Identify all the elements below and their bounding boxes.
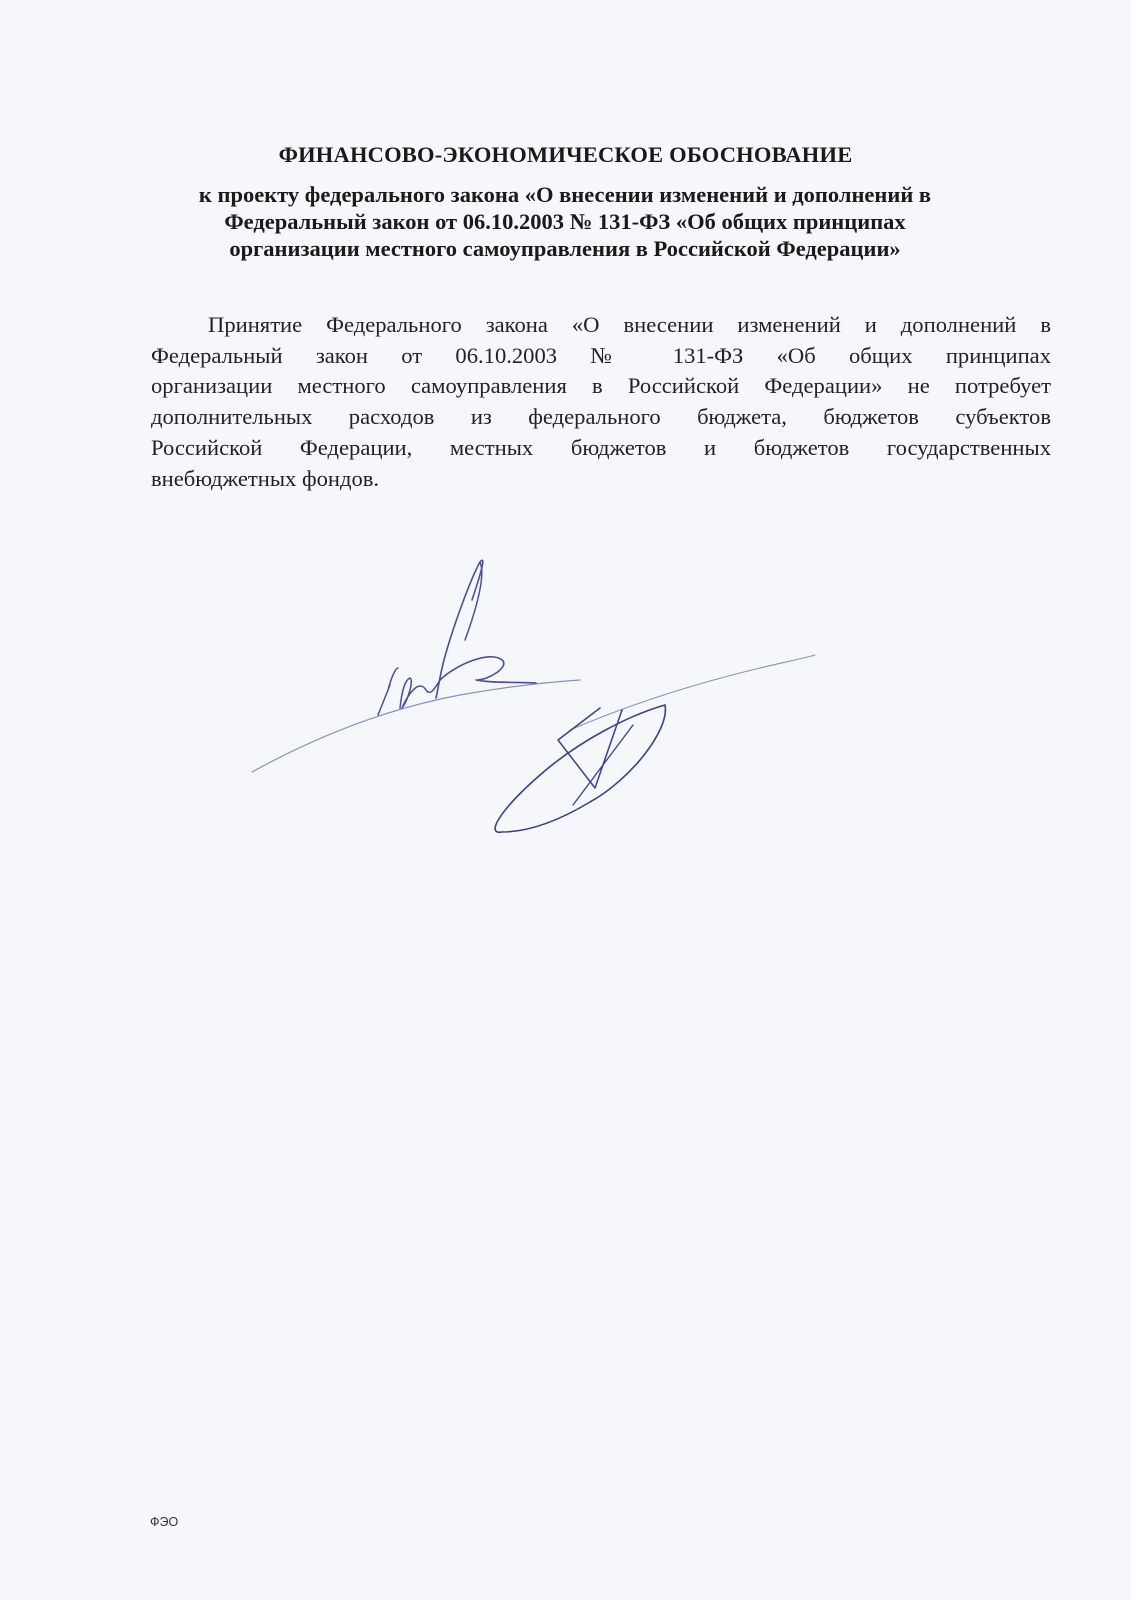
document-page: ФИНАНСОВО-ЭКОНОМИЧЕСКОЕ ОБОСНОВАНИЕ к пр… — [0, 0, 1131, 1600]
subtitle-line: к проекту федерального закона «О внесени… — [150, 181, 980, 208]
body-line: Принятие Федерального закона «О внесении… — [151, 310, 1051, 341]
body-paragraph: Принятие Федерального закона «О внесении… — [151, 310, 1051, 494]
footer-document-code: ФЭО — [150, 1515, 178, 1529]
body-line: дополнительных расходов из федерального … — [151, 402, 1051, 433]
signature-2-line — [570, 655, 815, 730]
document-title: ФИНАНСОВО-ЭКОНОМИЧЕСКОЕ ОБОСНОВАНИЕ — [0, 142, 1131, 168]
body-line: организации местного самоуправления в Ро… — [151, 371, 1051, 402]
subtitle-line: организации местного самоуправления в Ро… — [150, 235, 980, 262]
document-subtitle: к проекту федерального закона «О внесени… — [150, 181, 980, 262]
body-line: Российской Федерации, местных бюджетов и… — [151, 433, 1051, 464]
signature-1-flourish — [252, 680, 580, 772]
body-line: внебюджетных фондов. — [151, 464, 1051, 495]
body-line: Федеральный закон от 06.10.2003 № 131-ФЗ… — [151, 341, 1051, 372]
subtitle-line: Федеральный закон от 06.10.2003 № 131-ФЗ… — [150, 208, 980, 235]
handwritten-signatures — [240, 540, 820, 840]
